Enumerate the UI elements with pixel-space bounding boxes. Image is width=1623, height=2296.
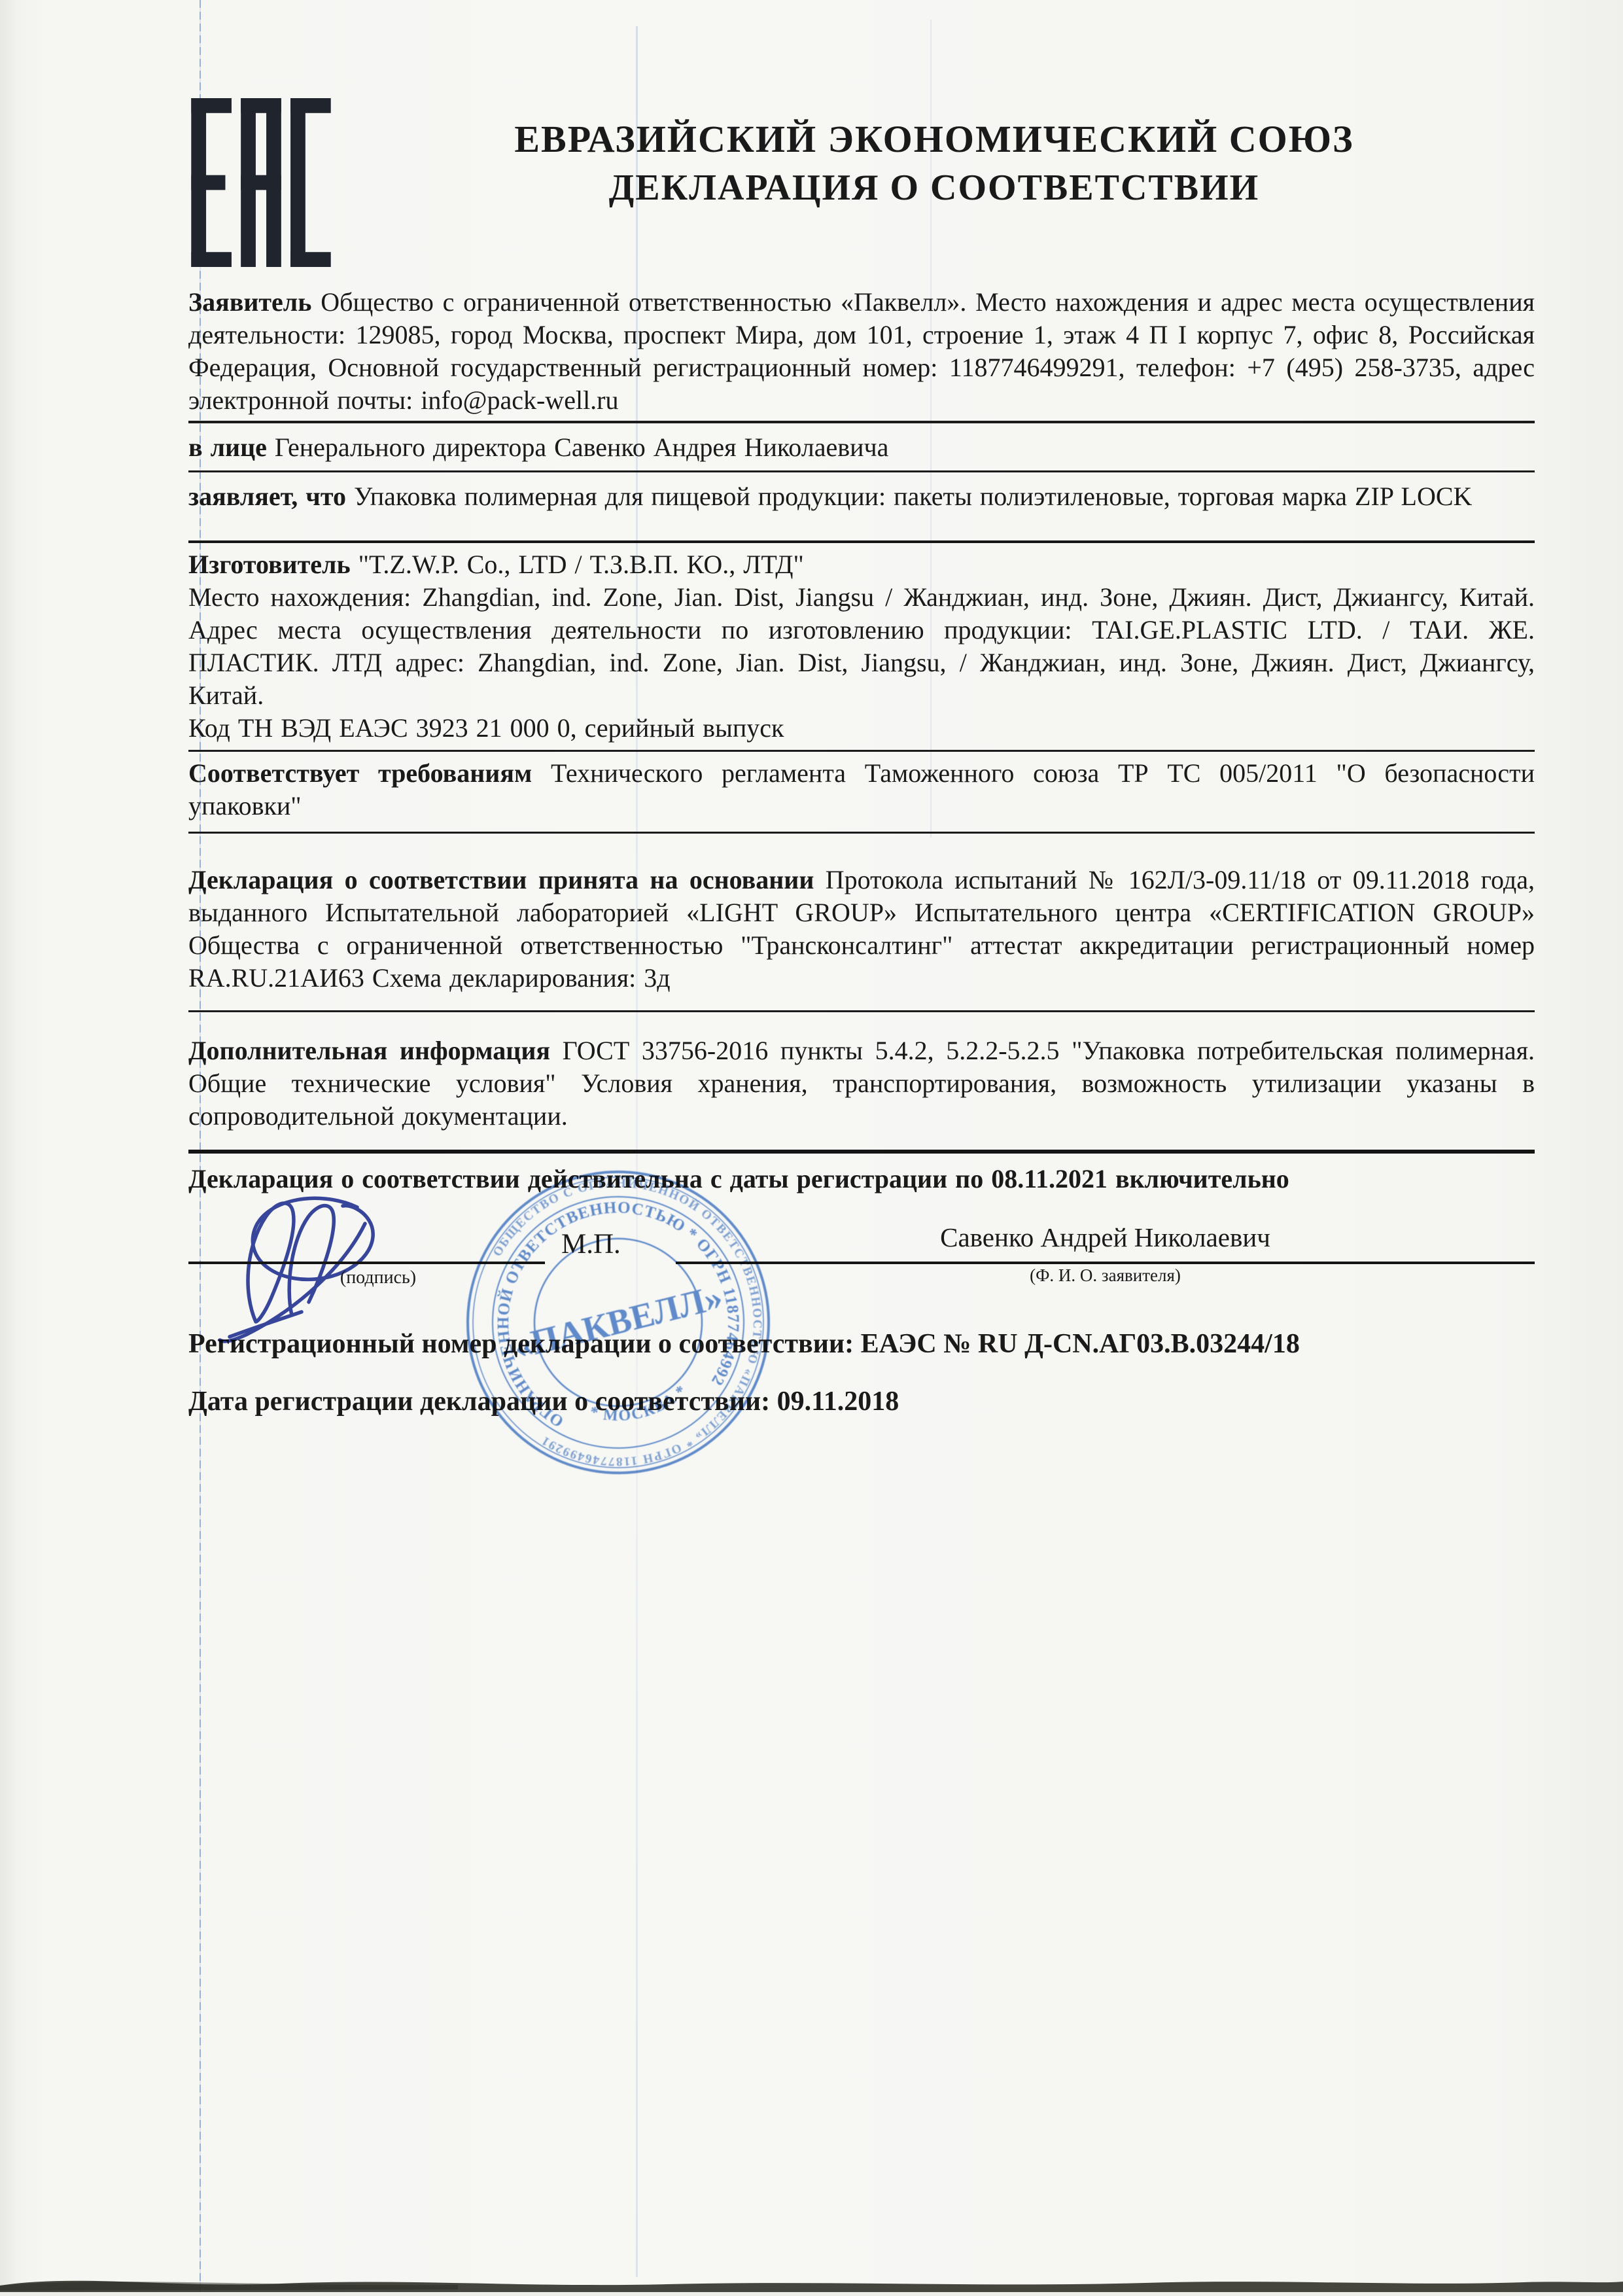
section-compliance: Соответствует требованиям Технического р… xyxy=(188,752,1535,834)
section-basis: Декларация о соответствии принята на осн… xyxy=(188,834,1535,1012)
document-title-block: ЕВРАЗИЙСКИЙ ЭКОНОМИЧЕСКИЙ СОЮЗ ДЕКЛАРАЦИ… xyxy=(334,98,1535,212)
in-person-text: Генерального директора Савенко Андрея Ни… xyxy=(275,433,889,462)
section-applicant: Заявитель Общество с ограниченной ответс… xyxy=(188,286,1535,423)
applicant-label: Заявитель xyxy=(188,287,311,317)
signature-stroke xyxy=(289,1206,334,1315)
stamp-center-text: «ПАКВЕЛЛ» xyxy=(510,1277,726,1366)
document-page: ЕВРАЗИЙСКИЙ ЭКОНОМИЧЕСКИЙ СОЮЗ ДЕКЛАРАЦИ… xyxy=(188,0,1535,1417)
scan-page-edge-shadow xyxy=(0,2267,1623,2296)
tnved-code-line: Код ТН ВЭД ЕАЭС 3923 21 000 0, серийный … xyxy=(188,713,784,743)
signer-name-caption: (Ф. И. О. заявителя) xyxy=(676,1265,1535,1286)
signer-name-line xyxy=(676,1262,1535,1264)
compliance-label: Соответствует требованиям xyxy=(188,758,532,788)
section-manufacturer: Изготовитель "T.Z.W.P. Co., LTD / Т.З.В.… xyxy=(188,543,1535,752)
in-person-label: в лице xyxy=(188,433,267,462)
section-declares: заявляет, что Упаковка полимерная для пи… xyxy=(188,472,1535,543)
basis-label: Декларация о соответствии принята на осн… xyxy=(188,865,814,894)
additional-info-label: Дополнительная информация xyxy=(188,1036,550,1065)
page-title: ЕВРАЗИЙСКИЙ ЭКОНОМИЧЕСКИЙ СОЮЗ xyxy=(334,115,1535,164)
manufacturer-name: "T.Z.W.P. Co., LTD / Т.З.В.П. КО., ЛТД" xyxy=(358,550,804,579)
signer-name: Савенко Андрей Николаевич xyxy=(676,1222,1535,1253)
section-in-person: в лице Генерального директора Савенко Ан… xyxy=(188,423,1535,472)
applicant-text: Общество с ограниченной ответственностью… xyxy=(188,287,1535,415)
signature-block: (подпись) М.П. Савенко Андрей Николаевич… xyxy=(188,1199,1535,1314)
section-additional-info: Дополнительная информация ГОСТ 33756-201… xyxy=(188,1012,1535,1154)
declares-text: Упаковка полимерная для пищевой продукци… xyxy=(354,482,1472,511)
eac-logo xyxy=(188,98,334,270)
manufacturer-label: Изготовитель xyxy=(188,550,351,579)
stamp-city-text: * МОСКВА * xyxy=(584,1380,694,1434)
declares-label: заявляет, что xyxy=(188,482,346,511)
svg-text:* МОСКВА *: * МОСКВА * xyxy=(584,1380,694,1434)
registration-number-value: ЕАЭС № RU Д-CN.АГ03.В.03244/18 xyxy=(861,1329,1300,1359)
signature-stroke xyxy=(230,1312,302,1337)
registration-date-line: Дата регистрации декларации о соответств… xyxy=(188,1386,1535,1417)
document-header: ЕВРАЗИЙСКИЙ ЭКОНОМИЧЕСКИЙ СОЮЗ ДЕКЛАРАЦИ… xyxy=(188,98,1535,270)
manufacturer-address: Место нахождения: Zhangdian, ind. Zone, … xyxy=(188,582,1535,710)
eac-mark-icon xyxy=(188,98,334,267)
page-subtitle: ДЕКЛАРАЦИЯ О СООТВЕТСТВИИ xyxy=(334,164,1535,212)
